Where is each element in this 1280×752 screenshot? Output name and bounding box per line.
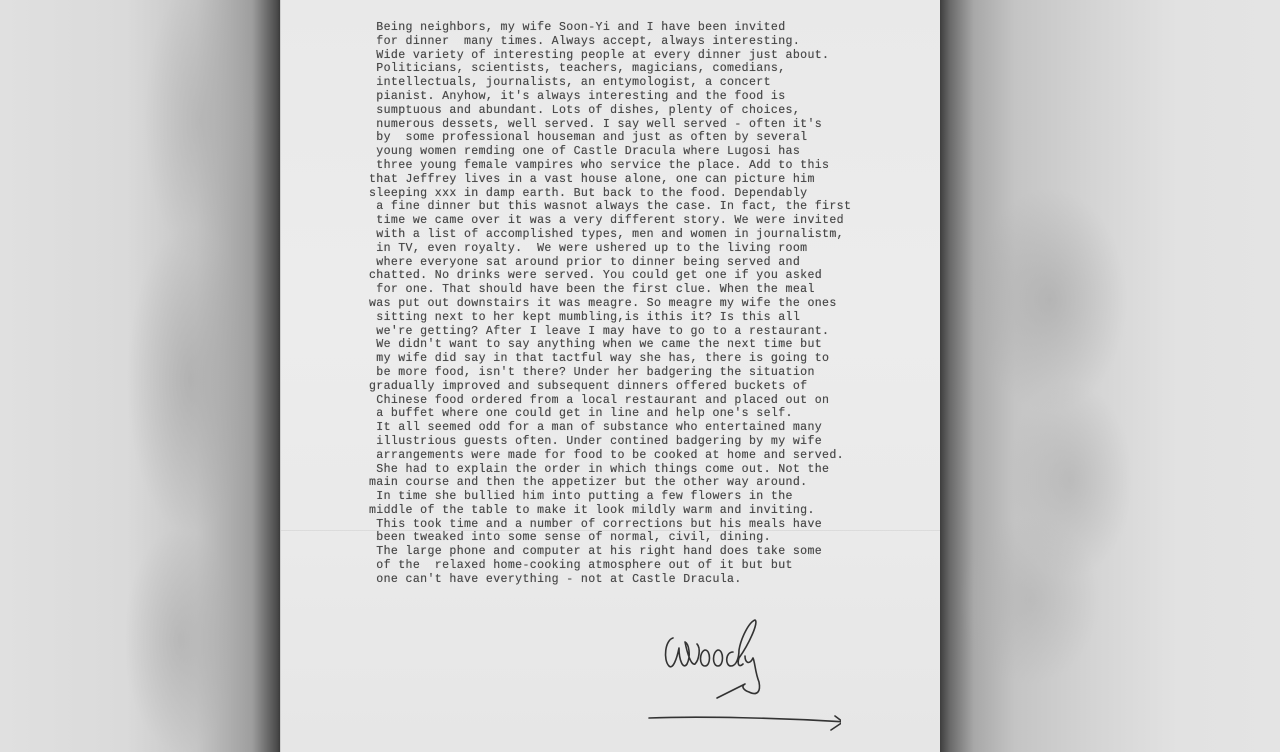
letter-line: been tweaked into some sense of normal, … bbox=[369, 531, 851, 545]
letter-line: It all seemed odd for a man of substance… bbox=[369, 421, 851, 435]
blurred-background-left bbox=[0, 0, 280, 752]
letter-line: was put out downstairs it was meagre. So… bbox=[369, 297, 851, 311]
letter-line: sitting next to her kept mumbling,is ith… bbox=[369, 311, 851, 325]
letter-line: The large phone and computer at his righ… bbox=[369, 545, 851, 559]
letter-line: we're getting? After I leave I may have … bbox=[369, 325, 851, 339]
letter-line: Politicians, scientists, teachers, magic… bbox=[369, 62, 851, 76]
letter-line: a fine dinner but this wasnot always the… bbox=[369, 200, 851, 214]
letter-line: of the relaxed home-cooking atmosphere o… bbox=[369, 559, 851, 573]
letter-line: intellectuals, journalists, an entymolog… bbox=[369, 76, 851, 90]
signature-woody bbox=[621, 600, 841, 740]
letter-line: Being neighbors, my wife Soon-Yi and I h… bbox=[369, 21, 851, 35]
letter-body: Being neighbors, my wife Soon-Yi and I h… bbox=[369, 21, 851, 587]
letter-line: in TV, even royalty. We were ushered up … bbox=[369, 242, 851, 256]
letter-line: that Jeffrey lives in a vast house alone… bbox=[369, 173, 851, 187]
letter-line: time we came over it was a very differen… bbox=[369, 214, 851, 228]
letter-line: main course and then the appetizer but t… bbox=[369, 476, 851, 490]
letter-line: Chinese food ordered from a local restau… bbox=[369, 394, 851, 408]
letter-line: Wide variety of interesting people at ev… bbox=[369, 49, 851, 63]
letter-line: be more food, isn't there? Under her bad… bbox=[369, 366, 851, 380]
letter-line: middle of the table to make it look mild… bbox=[369, 504, 851, 518]
letter-line: We didn't want to say anything when we c… bbox=[369, 338, 851, 352]
letter-line: with a list of accomplished types, men a… bbox=[369, 228, 851, 242]
blurred-background-right bbox=[940, 0, 1280, 752]
letter-line: for one. That should have been the first… bbox=[369, 283, 851, 297]
letter-page: Being neighbors, my wife Soon-Yi and I h… bbox=[280, 0, 940, 752]
letter-line: numerous dessets, well served. I say wel… bbox=[369, 118, 851, 132]
letter-line: illustrious guests often. Under contined… bbox=[369, 435, 851, 449]
letter-line: gradually improved and subsequent dinner… bbox=[369, 380, 851, 394]
letter-line: young women remding one of Castle Dracul… bbox=[369, 145, 851, 159]
letter-line: arrangements were made for food to be co… bbox=[369, 449, 851, 463]
letter-line: pianist. Anyhow, it's always interesting… bbox=[369, 90, 851, 104]
letter-line: by some professional houseman and just a… bbox=[369, 131, 851, 145]
letter-line: sleeping xxx in damp earth. But back to … bbox=[369, 187, 851, 201]
letter-line: She had to explain the order in which th… bbox=[369, 463, 851, 477]
letter-line: three young female vampires who service … bbox=[369, 159, 851, 173]
letter-line: one can't have everything - not at Castl… bbox=[369, 573, 851, 587]
letter-line: for dinner many times. Always accept, al… bbox=[369, 35, 851, 49]
letter-line: In time she bullied him into putting a f… bbox=[369, 490, 851, 504]
letter-line: chatted. No drinks were served. You coul… bbox=[369, 269, 851, 283]
letter-line: sumptuous and abundant. Lots of dishes, … bbox=[369, 104, 851, 118]
letter-line: where everyone sat around prior to dinne… bbox=[369, 256, 851, 270]
letter-line: a buffet where one could get in line and… bbox=[369, 407, 851, 421]
letter-line: This took time and a number of correctio… bbox=[369, 518, 851, 532]
letter-line: my wife did say in that tactful way she … bbox=[369, 352, 851, 366]
